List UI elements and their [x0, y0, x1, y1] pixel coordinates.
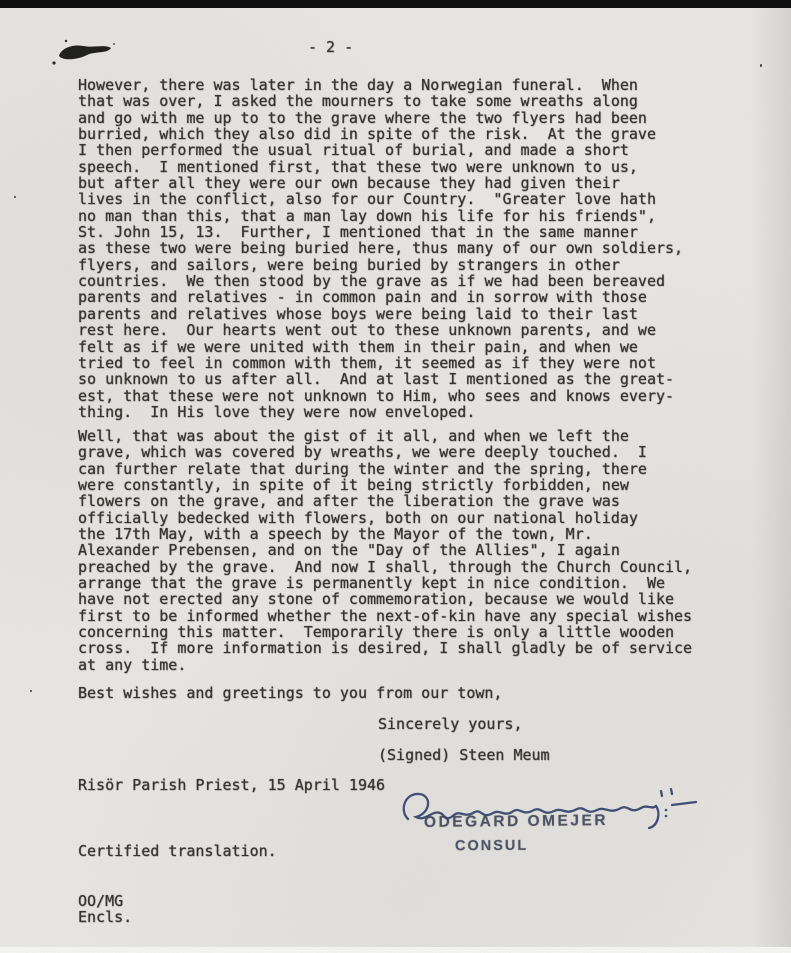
typist-initials: OO/MG [78, 893, 123, 909]
closing-salutation: Sincerely yours, [378, 716, 523, 732]
scan-speck [760, 64, 762, 67]
enclosures-note: Encls. [78, 909, 132, 925]
body-paragraph-1: However, there was later in the day a No… [78, 77, 683, 420]
certified-translation-label: Certified translation. [78, 843, 277, 859]
stamp-title: CONSUL [455, 838, 528, 855]
body-paragraph-2: Well, that was about the gist of it all,… [78, 428, 692, 673]
scan-edge-bottom [0, 947, 791, 953]
scan-speck [14, 196, 16, 198]
ink-smudge-mark [50, 36, 122, 68]
closing-greeting: Best wishes and greetings to you from ou… [78, 685, 502, 701]
scan-speck [30, 690, 32, 692]
scanned-letter-page: - 2 - However, there was later in the da… [0, 0, 791, 953]
stamp-name: ODEGARD OMEJER [424, 812, 608, 832]
closing-signed-line: (Signed) Steen Meum [378, 747, 550, 763]
scan-edge-top [0, 0, 791, 8]
page-number: - 2 - [308, 39, 353, 55]
signer-title-line: Risör Parish Priest, 15 April 1946 [78, 777, 385, 793]
